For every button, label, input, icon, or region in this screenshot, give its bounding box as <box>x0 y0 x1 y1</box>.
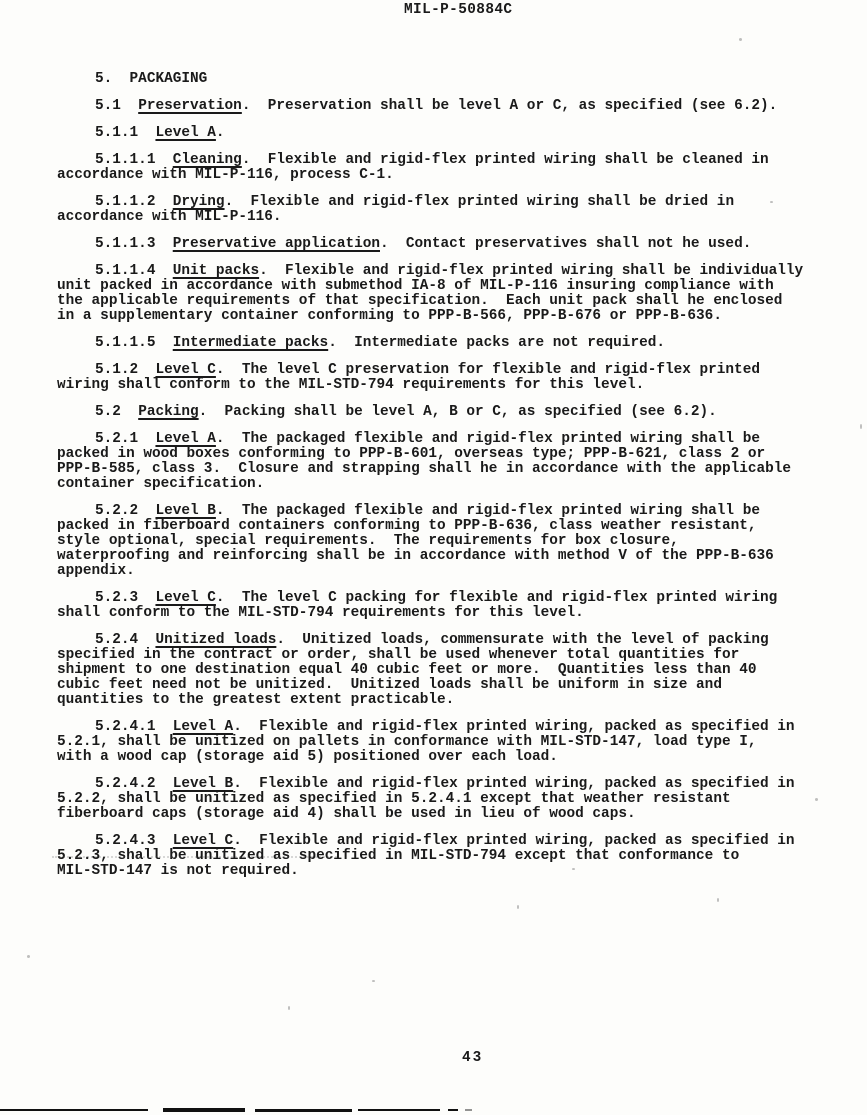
paragraph-first-line: 5.2.3 Level C. The level C packing for f… <box>57 591 827 606</box>
paragraph-5-2-4-2: 5.2.4.2 Level B. Flexible and rigid-flex… <box>57 777 827 822</box>
paragraph-line: with a wood cap (storage aid 5) position… <box>57 750 827 765</box>
paragraph-line: accordance with MIL-P-116. <box>57 210 827 225</box>
paragraph-first-line: 5.1.1 Level A. <box>57 126 827 141</box>
paragraph-first-line: 5.1.1.4 Unit packs. Flexible and rigid-f… <box>57 264 827 279</box>
scan-speck <box>372 980 375 982</box>
underlined-heading: Level C <box>155 590 215 606</box>
paragraph-line: waterproofing and reinforcing shall be i… <box>57 549 827 564</box>
paragraph-5-1-1: 5.1.1 Level A. <box>57 126 827 141</box>
underlined-heading: Preservation <box>138 98 242 114</box>
paragraph-first-line: 5.2 Packing. Packing shall be level A, B… <box>57 405 827 420</box>
underlined-heading: Cleaning <box>173 152 242 168</box>
scan-speck <box>860 424 862 429</box>
paragraph-line: container specification. <box>57 477 827 492</box>
paragraph-line: packed in fiberboard containers conformi… <box>57 519 827 534</box>
scan-edge-line <box>0 1107 867 1113</box>
paragraph-line: wiring shall conform to the MIL-STD-794 … <box>57 378 827 393</box>
paragraph-5-1-1-5: 5.1.1.5 Intermediate packs. Intermediate… <box>57 336 827 351</box>
paragraph-line: cubic feet need not be unitized. Unitize… <box>57 678 827 693</box>
paragraph-line: style optional, special requirements. Th… <box>57 534 827 549</box>
underlined-heading: Preservative application <box>173 236 380 252</box>
paragraph-5-1-1-2: 5.1.1.2 Drying. Flexible and rigid-flex … <box>57 195 827 225</box>
page-number: 43 <box>462 1051 483 1066</box>
paragraph-5-1: 5.1 Preservation. Preservation shall be … <box>57 99 827 114</box>
underlined-heading: Level A <box>155 125 215 141</box>
paragraph-first-line: 5.1.2 Level C. The level C preservation … <box>57 363 827 378</box>
paragraph-5-2-4-1: 5.2.4.1 Level A. Flexible and rigid-flex… <box>57 720 827 765</box>
paragraph-line: quantities to the greatest extent practi… <box>57 693 827 708</box>
paragraph-first-line: 5.1.1.5 Intermediate packs. Intermediate… <box>57 336 827 351</box>
paragraph-5: 5. PACKAGING <box>57 72 827 87</box>
underlined-heading: Drying <box>173 194 225 210</box>
paragraph-first-line: 5.1.1.1 Cleaning. Flexible and rigid-fle… <box>57 153 827 168</box>
paragraph-first-line: 5.1.1.3 Preservative application. Contac… <box>57 237 827 252</box>
underlined-heading: Level A <box>173 719 233 735</box>
paragraph-5-1-1-1: 5.1.1.1 Cleaning. Flexible and rigid-fle… <box>57 153 827 183</box>
underlined-heading: Packing <box>138 404 198 420</box>
underlined-heading: Level B <box>155 503 215 519</box>
paragraph-line: fiberboard caps (storage aid 4) shall be… <box>57 807 827 822</box>
paragraph-line: shall conform to the MIL-STD-794 require… <box>57 606 827 621</box>
paragraph-5-2-2: 5.2.2 Level B. The packaged flexible and… <box>57 504 827 579</box>
underlined-heading: Unitized loads <box>155 632 276 648</box>
paragraph-5-2: 5.2 Packing. Packing shall be level A, B… <box>57 405 827 420</box>
paragraph-first-line: 5.2.2 Level B. The packaged flexible and… <box>57 504 827 519</box>
scan-speck <box>517 905 519 909</box>
underlined-heading: Level B <box>173 776 233 792</box>
paragraph-5-2-3: 5.2.3 Level C. The level C packing for f… <box>57 591 827 621</box>
paragraph-first-line: 5.2.4.2 Level B. Flexible and rigid-flex… <box>57 777 827 792</box>
paragraph-line: the applicable requirements of that spec… <box>57 294 827 309</box>
paragraph-line: shipment to one destination equal 40 cub… <box>57 663 827 678</box>
underlined-heading: Level C <box>155 362 215 378</box>
paragraph-first-line: 5.1.1.2 Drying. Flexible and rigid-flex … <box>57 195 827 210</box>
paragraph-5-1-1-4: 5.1.1.4 Unit packs. Flexible and rigid-f… <box>57 264 827 324</box>
paragraph-5-2-4: 5.2.4 Unitized loads. Unitized loads, co… <box>57 633 827 708</box>
paragraph-first-line: 5.2.4 Unitized loads. Unitized loads, co… <box>57 633 827 648</box>
paragraph-line: 5.2.1, shall be unitized on pallets in c… <box>57 735 827 750</box>
scan-speck <box>815 798 818 801</box>
underlined-heading: Level C <box>173 833 233 849</box>
paragraph-line: unit packed in accordance with submethod… <box>57 279 827 294</box>
underlined-heading: Level A <box>155 431 215 447</box>
document-body: 5. PACKAGING5.1 Preservation. Preservati… <box>0 0 867 879</box>
scan-speck <box>288 1006 290 1010</box>
paragraph-line: appendix. <box>57 564 827 579</box>
document-header-spec-number: MIL-P-50884C <box>404 3 512 18</box>
paragraph-line: accordance with MIL-P-116, process C-1. <box>57 168 827 183</box>
underlined-heading: Unit packs <box>173 263 259 279</box>
paragraph-first-line: 5.2.4.3 Level C. Flexible and rigid-flex… <box>57 834 827 849</box>
paragraph-first-line: 5.2.1 Level A. The packaged flexible and… <box>57 432 827 447</box>
underlined-heading: Intermediate packs <box>173 335 328 351</box>
scan-artifact-trace <box>52 856 337 858</box>
paragraph-first-line: 5. PACKAGING <box>57 72 827 87</box>
scan-speck <box>717 898 719 902</box>
scan-speck <box>27 955 30 958</box>
scan-speck <box>572 868 575 870</box>
paragraph-line: in a supplementary container conforming … <box>57 309 827 324</box>
paragraph-line: specified in the contract or order, shal… <box>57 648 827 663</box>
paragraph-first-line: 5.1 Preservation. Preservation shall be … <box>57 99 827 114</box>
scan-speck <box>739 38 742 41</box>
paragraph-line: packed in wood boxes conforming to PPP-B… <box>57 447 827 462</box>
paragraph-first-line: 5.2.4.1 Level A. Flexible and rigid-flex… <box>57 720 827 735</box>
paragraph-line: MIL-STD-147 is not required. <box>57 864 827 879</box>
paragraph-5-2-1: 5.2.1 Level A. The packaged flexible and… <box>57 432 827 492</box>
scan-speck <box>770 201 773 203</box>
paragraph-line: PPP-B-585, class 3. Closure and strappin… <box>57 462 827 477</box>
paragraph-5-1-1-3: 5.1.1.3 Preservative application. Contac… <box>57 237 827 252</box>
paragraph-line: 5.2.2, shall be unitized as specified in… <box>57 792 827 807</box>
paragraph-5-1-2: 5.1.2 Level C. The level C preservation … <box>57 363 827 393</box>
